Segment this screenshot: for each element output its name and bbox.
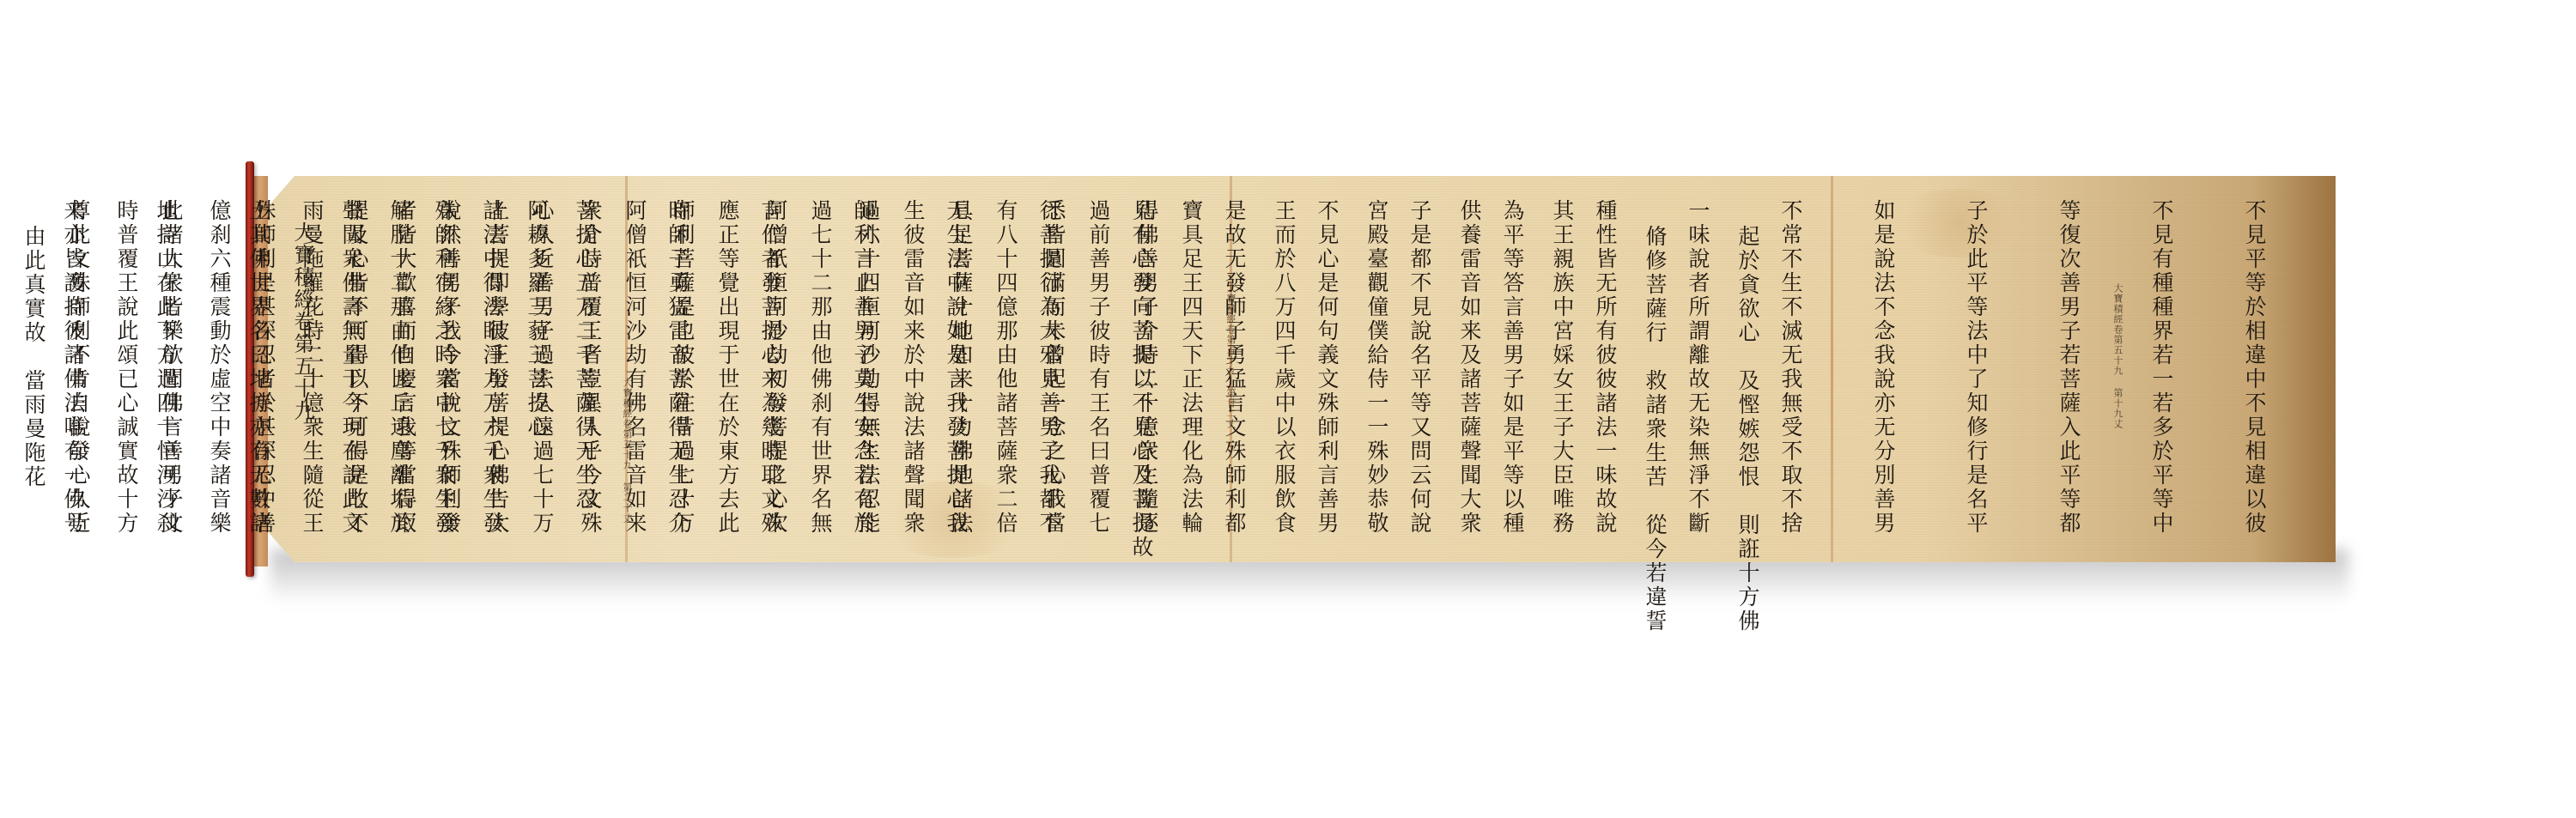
sheet-4-text: 不見平等於相違中不見相違以彼 不見有種種界若一若多於平等中 等復次善男子若菩薩入…: [1838, 199, 2331, 542]
text-column: 見有心發向菩提以不見心及菩提故: [1126, 199, 1157, 542]
text-column: 无生法中說如是言我發菩提心我: [940, 199, 971, 542]
text-column: 不見心是何句義文殊師利言善男: [1311, 199, 1342, 542]
text-column: 此諸大衆皆樂欲聞佛言善男子文: [155, 199, 186, 542]
marginal-sheet-note: 大寶積經卷第五十九 第廿二丈: [1224, 283, 1237, 429]
marginal-sheet-note: 大寶積經卷第五十九 第二十丈: [620, 378, 634, 524]
text-column: 菩提心五万二千菩薩得无生忍: [569, 199, 600, 542]
scroll-photograph: 大寶積經卷第五十九 阿耨多羅三藐三菩提心 殊師利宿緣之時衆中七千衆生發 聲聞衆佛…: [0, 0, 2576, 818]
text-column: 等復次善男子若菩薩入此平等都: [2053, 199, 2084, 542]
text-column: 時師子勇猛雷音菩薩得无生忍介: [662, 199, 693, 542]
text-column: 諸法中得法眼淨九万六千衆生發: [477, 199, 507, 542]
text-column: 子是都不見說名平等又問云何說: [1404, 199, 1435, 542]
text-column: 解脫十二那由他比丘遠塵離垢於: [384, 199, 415, 542]
text-column: 殊師利是甚深忍者於甚深忍中善: [248, 199, 279, 542]
text-column: 不見平等於相違中不見相違以彼: [2239, 199, 2269, 542]
text-column: 不常不生不滅无我無受不取不捨: [1775, 199, 1806, 542]
text-column: 一味說者所謂離故无染無淨不斷: [1682, 199, 1713, 542]
text-column: 尊此文殊師利不肯自說發心久近: [63, 199, 94, 542]
text-column: 為平等答言善男子如是平等以種: [1497, 199, 1528, 542]
text-column: 如是說法不念我說亦无分別善男: [1868, 199, 1899, 542]
text-column: 師利言止善男子莫生安念若有於: [848, 199, 878, 542]
text-column: 子於此平等法中了知修行是名平: [1960, 199, 1991, 542]
text-column: 種性皆无所有彼彼諸法一味故說: [1589, 199, 1620, 542]
text-column: 介時師子勇猛雷音菩薩白佛言世: [0, 199, 1, 542]
text-column: 行善提行為大邪見善男子我都不: [1033, 199, 1064, 542]
text-column: 言仁者發菩提心来為幾時耶文殊: [755, 199, 786, 542]
text-column: 不見有種種界若一若多於平等中: [2146, 199, 2177, 542]
marginal-sheet-note: 大寶積經卷第五十九 第十九丈: [2111, 283, 2124, 429]
